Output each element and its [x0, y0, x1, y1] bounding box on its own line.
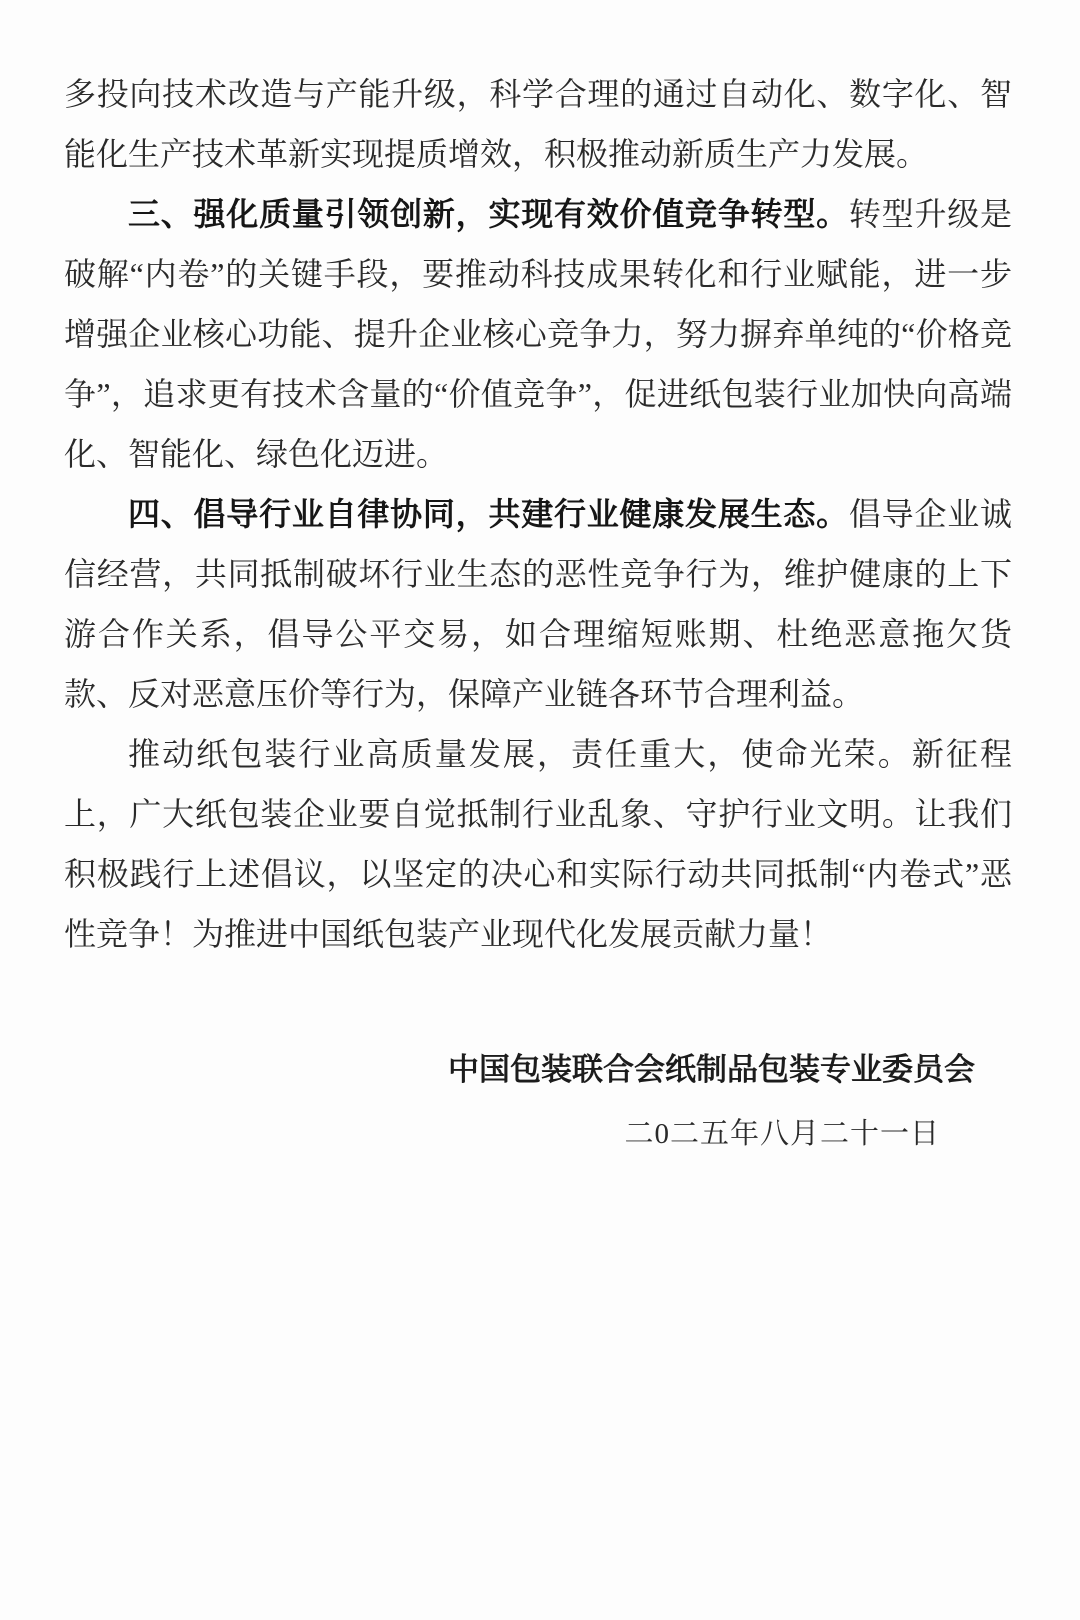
paragraph-text: 转型升级是破解“内卷”的关键手段，要推动科技成果转化和行业赋能，进一步增强企业核…: [64, 196, 1012, 472]
paragraph-heading-lead: 三、强化质量引领创新，实现有效价值竞争转型。: [128, 196, 849, 232]
paragraph-heading-lead: 四、倡导行业自律协同，共建行业健康发展生态。: [128, 496, 849, 532]
paragraph-continuation: 多投向技术改造与产能升级，科学合理的通过自动化、数字化、智能化生产技术革新实现提…: [64, 64, 1012, 184]
paragraph-text: 多投向技术改造与产能升级，科学合理的通过自动化、数字化、智能化生产技术革新实现提…: [64, 76, 1012, 172]
paragraph-point-3: 三、强化质量引领创新，实现有效价值竞争转型。转型升级是破解“内卷”的关键手段，要…: [64, 184, 1012, 484]
signature-organization: 中国包装联合会纸制品包装专业委员会: [64, 1038, 1012, 1102]
signature-date: 二0二五年八月二十一日: [64, 1102, 1012, 1166]
signature-block: 中国包装联合会纸制品包装专业委员会 二0二五年八月二十一日: [64, 1038, 1012, 1166]
document-body: 多投向技术改造与产能升级，科学合理的通过自动化、数字化、智能化生产技术革新实现提…: [0, 0, 1080, 1166]
document-page: 多投向技术改造与产能升级，科学合理的通过自动化、数字化、智能化生产技术革新实现提…: [0, 0, 1080, 1620]
paragraph-closing: 推动纸包装行业高质量发展，责任重大，使命光荣。新征程上，广大纸包装企业要自觉抵制…: [64, 724, 1012, 964]
paragraph-text: 推动纸包装行业高质量发展，责任重大，使命光荣。新征程上，广大纸包装企业要自觉抵制…: [64, 736, 1012, 952]
paragraph-point-4: 四、倡导行业自律协同，共建行业健康发展生态。倡导企业诚信经营，共同抵制破坏行业生…: [64, 484, 1012, 724]
